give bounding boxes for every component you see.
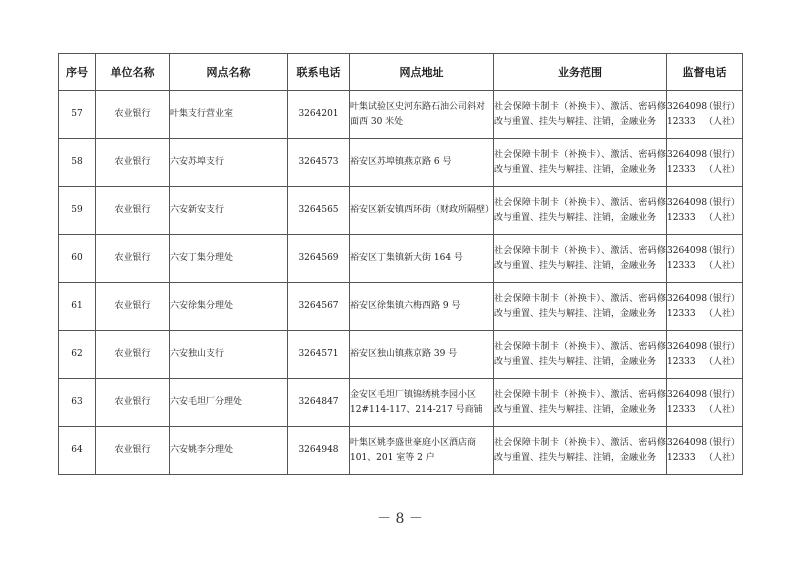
supervision-number: 3264098 [667, 292, 704, 307]
cell-no: 58 [59, 139, 96, 187]
cell-outlet: 六安独山支行 [170, 331, 288, 379]
cell-no: 63 [59, 379, 96, 427]
cell-address: 裕安区苏埠镇燕京路 6 号 [350, 139, 494, 187]
supervision-hr: 12333（人社） [667, 307, 742, 322]
supervision-label: （人社） [704, 211, 740, 226]
cell-phone: 3264201 [288, 91, 350, 139]
supervision-label: （银行） [704, 292, 740, 307]
supervision-label: （银行） [704, 436, 740, 451]
supervision-number: 12333 [667, 115, 704, 130]
cell-scope: 社会保障卡制卡（补换卡）、激活、密码修改与重置、挂失与解挂、注销，金融业务 [494, 187, 667, 235]
table-row: 59农业银行六安新安支行3264565裕安区新安镇西环街（财政所隔壁）社会保障卡… [59, 187, 743, 235]
supervision-bank: 3264098（银行） [667, 100, 742, 115]
cell-address: 叶集试验区史河东路石油公司斜对面西 30 米处 [350, 91, 494, 139]
cell-unit: 农业银行 [96, 91, 170, 139]
table-row: 60农业银行六安丁集分理处3264569裕安区丁集镇新大街 164 号社会保障卡… [59, 235, 743, 283]
supervision-label: （人社） [704, 403, 740, 418]
cell-supervision: 3264098（银行）12333（人社） [667, 331, 743, 379]
cell-unit: 农业银行 [96, 187, 170, 235]
header-outlet: 网点名称 [170, 54, 288, 91]
supervision-label: （人社） [704, 307, 740, 322]
cell-unit: 农业银行 [96, 235, 170, 283]
cell-supervision: 3264098（银行）12333（人社） [667, 91, 743, 139]
supervision-bank: 3264098（银行） [667, 388, 742, 403]
cell-scope: 社会保障卡制卡（补换卡）、激活、密码修改与重置、挂失与解挂、注销，金融业务 [494, 379, 667, 427]
supervision-bank: 3264098（银行） [667, 436, 742, 451]
supervision-hr: 12333（人社） [667, 451, 742, 466]
cell-supervision: 3264098（银行）12333（人社） [667, 379, 743, 427]
supervision-hr: 12333（人社） [667, 403, 742, 418]
supervision-hr: 12333（人社） [667, 163, 742, 178]
header-address: 网点地址 [350, 54, 494, 91]
supervision-hr: 12333（人社） [667, 115, 742, 130]
cell-outlet: 六安新安支行 [170, 187, 288, 235]
table-row: 57农业银行叶集支行营业室3264201叶集试验区史河东路石油公司斜对面西 30… [59, 91, 743, 139]
header-supervision: 监督电话 [667, 54, 743, 91]
supervision-bank: 3264098（银行） [667, 292, 742, 307]
cell-address: 裕安区新安镇西环街（财政所隔壁） [350, 187, 494, 235]
supervision-number: 3264098 [667, 436, 704, 451]
supervision-number: 3264098 [667, 100, 704, 115]
cell-address: 裕安区独山镇燕京路 39 号 [350, 331, 494, 379]
supervision-number: 12333 [667, 451, 704, 466]
cell-unit: 农业银行 [96, 331, 170, 379]
table-row: 63农业银行六安毛坦厂分理处3264847金安区毛坦厂镇锦绣桃李园小区 12#1… [59, 379, 743, 427]
cell-phone: 3264847 [288, 379, 350, 427]
cell-unit: 农业银行 [96, 139, 170, 187]
table-row: 64农业银行六安姚李分理处3264948叶集区姚李盛世豪庭小区酒店商 101、2… [59, 427, 743, 475]
supervision-number: 12333 [667, 211, 704, 226]
supervision-label: （人社） [704, 355, 740, 370]
supervision-bank: 3264098（银行） [667, 244, 742, 259]
outlet-table: 序号 单位名称 网点名称 联系电话 网点地址 业务范围 监督电话 57农业银行叶… [58, 53, 743, 475]
header-no: 序号 [59, 54, 96, 91]
supervision-number: 12333 [667, 259, 704, 274]
supervision-number: 3264098 [667, 244, 704, 259]
supervision-label: （银行） [704, 244, 740, 259]
cell-scope: 社会保障卡制卡（补换卡）、激活、密码修改与重置、挂失与解挂、注销，金融业务 [494, 235, 667, 283]
cell-outlet: 六安毛坦厂分理处 [170, 379, 288, 427]
cell-outlet: 六安丁集分理处 [170, 235, 288, 283]
cell-scope: 社会保障卡制卡（补换卡）、激活、密码修改与重置、挂失与解挂、注销，金融业务 [494, 427, 667, 475]
cell-phone: 3264948 [288, 427, 350, 475]
cell-phone: 3264573 [288, 139, 350, 187]
cell-address: 裕安区丁集镇新大街 164 号 [350, 235, 494, 283]
supervision-bank: 3264098（银行） [667, 148, 742, 163]
table-row: 62农业银行六安独山支行3264571裕安区独山镇燕京路 39 号社会保障卡制卡… [59, 331, 743, 379]
supervision-hr: 12333（人社） [667, 355, 742, 370]
cell-supervision: 3264098（银行）12333（人社） [667, 283, 743, 331]
cell-outlet: 叶集支行营业室 [170, 91, 288, 139]
supervision-number: 12333 [667, 355, 704, 370]
table-body: 57农业银行叶集支行营业室3264201叶集试验区史河东路石油公司斜对面西 30… [59, 91, 743, 475]
cell-address: 金安区毛坦厂镇锦绣桃李园小区 12#114-117、214-217 号商铺 [350, 379, 494, 427]
cell-supervision: 3264098（银行）12333（人社） [667, 187, 743, 235]
cell-supervision: 3264098（银行）12333（人社） [667, 139, 743, 187]
supervision-label: （银行） [704, 340, 740, 355]
header-scope: 业务范围 [494, 54, 667, 91]
cell-phone: 3264571 [288, 331, 350, 379]
cell-no: 61 [59, 283, 96, 331]
supervision-label: （银行） [704, 148, 740, 163]
supervision-label: （人社） [704, 451, 740, 466]
supervision-label: （人社） [704, 163, 740, 178]
supervision-number: 12333 [667, 163, 704, 178]
cell-address: 叶集区姚李盛世豪庭小区酒店商 101、201 室等 2 户 [350, 427, 494, 475]
cell-scope: 社会保障卡制卡（补换卡）、激活、密码修改与重置、挂失与解挂、注销，金融业务 [494, 283, 667, 331]
supervision-number: 3264098 [667, 340, 704, 355]
cell-no: 59 [59, 187, 96, 235]
cell-no: 62 [59, 331, 96, 379]
cell-supervision: 3264098（银行）12333（人社） [667, 427, 743, 475]
cell-no: 60 [59, 235, 96, 283]
cell-unit: 农业银行 [96, 379, 170, 427]
cell-address: 裕安区徐集镇六梅西路 9 号 [350, 283, 494, 331]
supervision-hr: 12333（人社） [667, 211, 742, 226]
supervision-label: （银行） [704, 196, 740, 211]
supervision-number: 3264098 [667, 388, 704, 403]
supervision-bank: 3264098（银行） [667, 196, 742, 211]
supervision-bank: 3264098（银行） [667, 340, 742, 355]
supervision-label: （银行） [704, 388, 740, 403]
header-row: 序号 单位名称 网点名称 联系电话 网点地址 业务范围 监督电话 [59, 54, 743, 91]
cell-outlet: 六安徐集分理处 [170, 283, 288, 331]
cell-scope: 社会保障卡制卡（补换卡）、激活、密码修改与重置、挂失与解挂、注销，金融业务 [494, 139, 667, 187]
cell-scope: 社会保障卡制卡（补换卡）、激活、密码修改与重置、挂失与解挂、注销，金融业务 [494, 331, 667, 379]
cell-unit: 农业银行 [96, 283, 170, 331]
cell-outlet: 六安姚李分理处 [170, 427, 288, 475]
cell-phone: 3264567 [288, 283, 350, 331]
cell-no: 64 [59, 427, 96, 475]
supervision-number: 12333 [667, 307, 704, 322]
supervision-number: 12333 [667, 403, 704, 418]
supervision-label: （人社） [704, 259, 740, 274]
supervision-label: （人社） [704, 115, 740, 130]
supervision-number: 3264098 [667, 196, 704, 211]
header-phone: 联系电话 [288, 54, 350, 91]
supervision-number: 3264098 [667, 148, 704, 163]
page-number: － 8 － [0, 508, 800, 528]
table-row: 61农业银行六安徐集分理处3264567裕安区徐集镇六梅西路 9 号社会保障卡制… [59, 283, 743, 331]
cell-supervision: 3264098（银行）12333（人社） [667, 235, 743, 283]
table-row: 58农业银行六安苏埠支行3264573裕安区苏埠镇燕京路 6 号社会保障卡制卡（… [59, 139, 743, 187]
supervision-label: （银行） [704, 100, 740, 115]
cell-outlet: 六安苏埠支行 [170, 139, 288, 187]
supervision-hr: 12333（人社） [667, 259, 742, 274]
cell-phone: 3264569 [288, 235, 350, 283]
cell-unit: 农业银行 [96, 427, 170, 475]
cell-scope: 社会保障卡制卡（补换卡）、激活、密码修改与重置、挂失与解挂、注销，金融业务 [494, 91, 667, 139]
cell-no: 57 [59, 91, 96, 139]
cell-phone: 3264565 [288, 187, 350, 235]
header-unit: 单位名称 [96, 54, 170, 91]
